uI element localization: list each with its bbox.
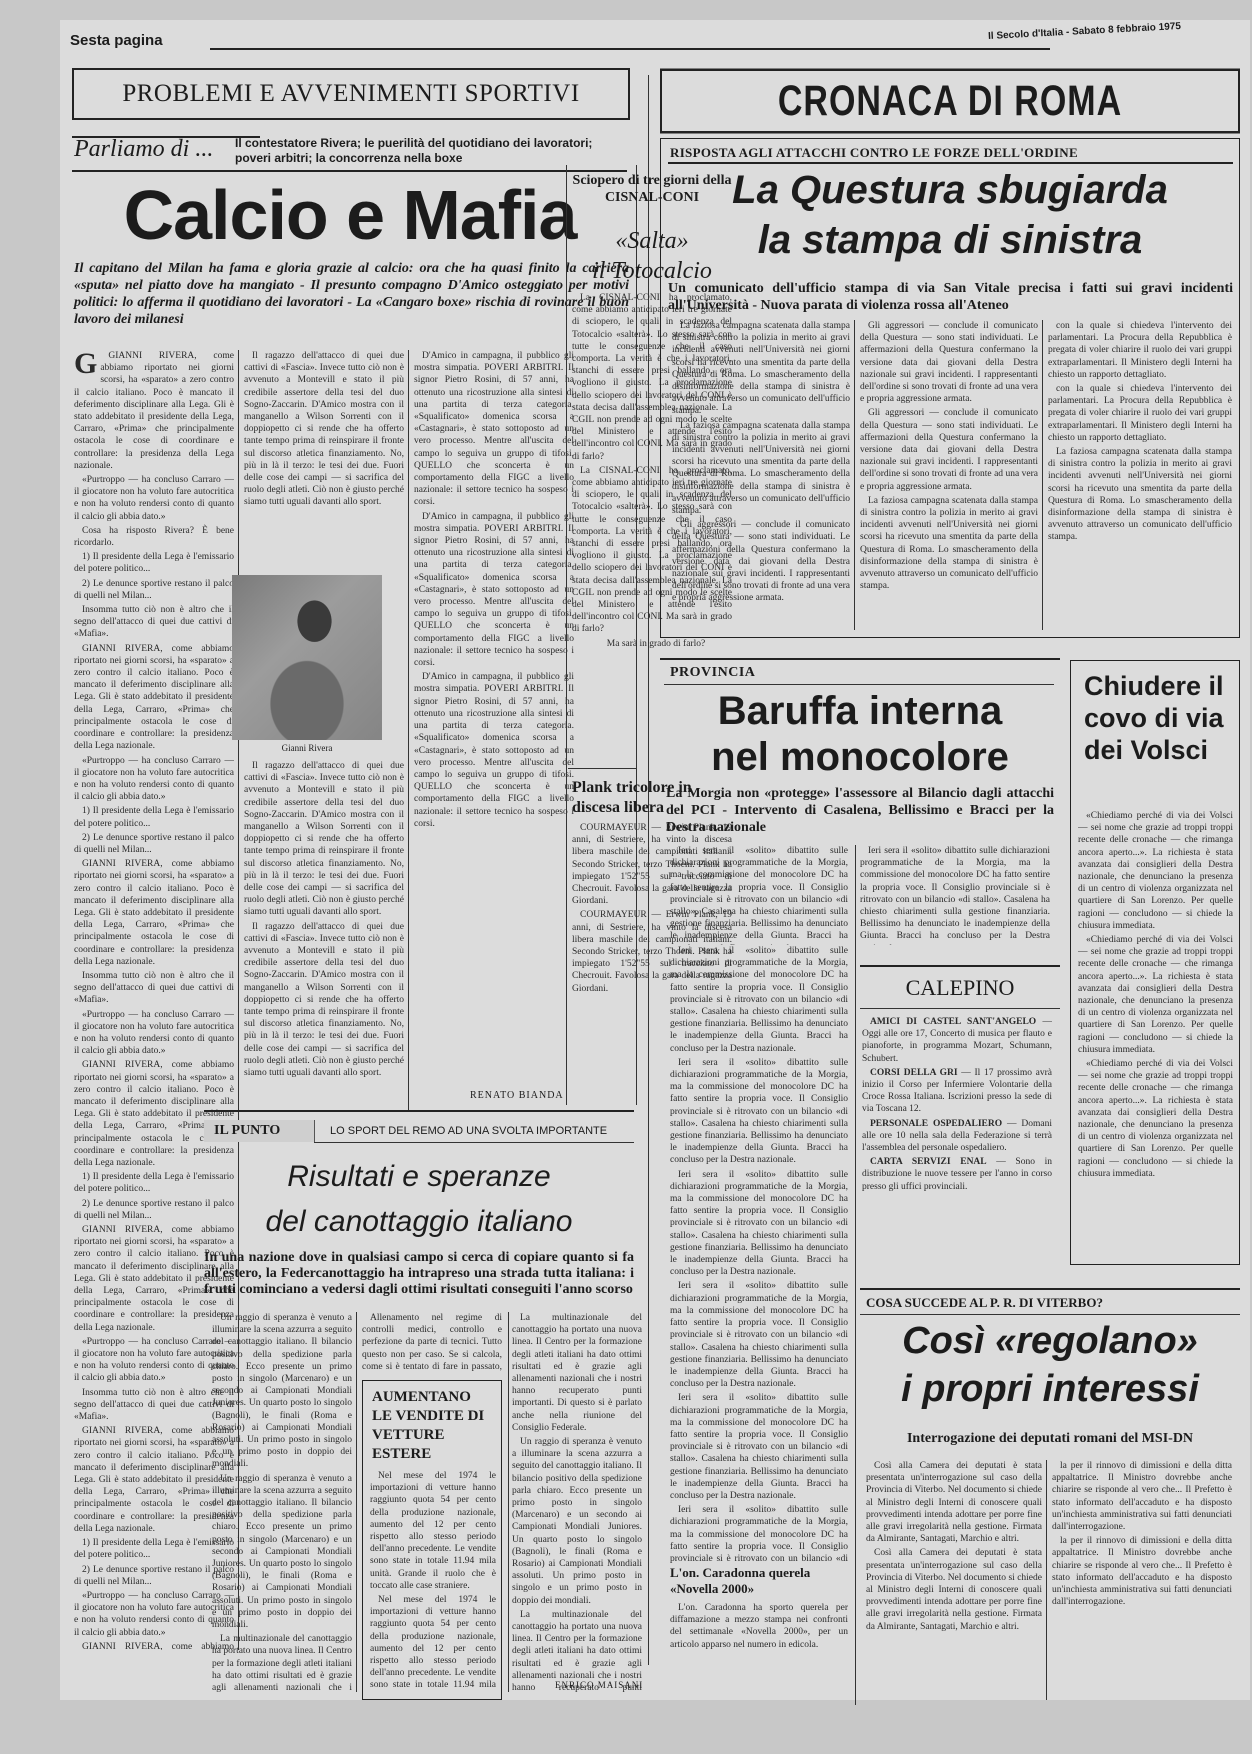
paragraph: 2) Le denunce sportive restano il palco … [74, 578, 234, 602]
viterbo-kicker: COSA SUCCEDE AL P. R. DI VITERBO? [866, 1294, 1103, 1312]
paragraph: «Purtroppo — ha concluso Carraro — il gi… [74, 1009, 234, 1058]
paragraph: Il ragazzo dell'attacco di quei due catt… [244, 350, 404, 509]
province-deck: La Morgia non «protegge» l'assessore al … [666, 785, 1054, 836]
rowing-col2: Allenamento nel regime di controlli medi… [362, 1312, 502, 1372]
rome-section-banner: CRONACA DI ROMA [660, 69, 1240, 134]
paragraph: Gli aggressori — conclude il comunicato … [860, 320, 1038, 405]
paragraph: 1) Il presidente della Lega è l'emissari… [74, 1537, 234, 1561]
column-rule [408, 350, 409, 1110]
rowing-col3: La multinazionale del canottaggio ha por… [512, 1312, 642, 1692]
paragraph: GIANNI RIVERA, come abbiamo riportato ne… [74, 858, 234, 968]
paragraph: Così alla Camera dei deputati è stata pr… [866, 1460, 1042, 1545]
province-lead-2: Ieri sera il «solito» dibattito sulle di… [860, 845, 1050, 945]
questura-kicker: RISPOSTA AGLI ATTACCHI CONTRO LE FORZE D… [670, 144, 1078, 162]
questura-col2: Gli aggressori — conclude il comunicato … [860, 320, 1038, 630]
paragraph: Ieri sera il «solito» dibattito sulle di… [670, 1057, 848, 1167]
paragraph: 1) Il presidente della Lega è l'emissari… [74, 805, 234, 829]
main-headline: Calcio e Mafia [100, 175, 600, 255]
paragraph: GIANNI RIVERA, come abbiamo riportato ne… [74, 350, 234, 472]
paragraph: La faziosa campagna scatenata dalla stam… [1048, 446, 1232, 544]
main-article-col1: G GIANNI RIVERA, come abbiamo riportato … [74, 350, 234, 1650]
calepino-item: PERSONALE OSPEDALIERO — Domani alle ore … [862, 1118, 1052, 1155]
rowing-deck: In una nazione dove in qualsiasi campo s… [204, 1250, 634, 1298]
paragraph: la per il rinnovo di dimissioni e della … [1052, 1460, 1232, 1533]
volsci-body: «Chiediamo perché di via dei Volsci — se… [1078, 810, 1233, 1250]
questura-col3: con la quale si chiedeva l'intervento de… [1048, 320, 1232, 630]
paragraph: Il ragazzo dell'attacco di quei due catt… [244, 921, 404, 1080]
paragraph: D'Amico in campagna, il pubblico gli mos… [414, 350, 574, 509]
viterbo-headline-1: Così «regolano» [860, 1320, 1240, 1363]
calepino-item-label: CORSI DELLA GRI [870, 1068, 958, 1078]
paragraph: Ieri sera il «solito» dibattito sulle di… [860, 845, 1050, 945]
paragraph: con la quale si chiedeva l'intervento de… [1048, 320, 1232, 381]
rivera-photo [232, 575, 382, 740]
viterbo-col1: Così alla Camera dei deputati è stata pr… [866, 1460, 1042, 1700]
rowing-kicker: LO SPORT DEL REMO AD UNA SVOLTA IMPORTAN… [330, 1124, 607, 1139]
paragraph: GIANNI RIVERA, come abbiamo riportato ne… [74, 1425, 234, 1535]
paragraph: La faziosa campagna scatenata dalla stam… [672, 320, 850, 418]
paragraph: Ieri sera il «solito» dibattito sulle di… [670, 845, 848, 945]
paragraph: Allenamento nel regime di controlli medi… [362, 1312, 502, 1372]
newspaper-page: Sesta pagina Il Secolo d'Italia - Sabato… [60, 20, 1250, 1700]
paragraph: «Purtroppo — ha concluso Carraro — il gi… [74, 474, 234, 523]
paragraph: GIANNI RIVERA, come abbiamo riportato ne… [74, 1059, 234, 1169]
car-sales-body: Nel mese del 1974 le importazioni di vet… [370, 1470, 496, 1690]
questura-deck: Un comunicato dell'ufficio stampa di via… [668, 280, 1233, 314]
paragraph: Ieri sera il «solito» dibattito sulle di… [670, 1504, 848, 1565]
paragraph: La multinazionale del canottaggio ha por… [212, 1633, 352, 1692]
car-sales-headline: AUMENTANO LE VENDITE DI VETTURE ESTERE [372, 1388, 492, 1464]
dropcap: G [74, 352, 97, 376]
article-signature: RENATO BIANDA [470, 1090, 564, 1101]
paragraph: Insomma tutto ciò non è altro che il seg… [74, 604, 234, 641]
paragraph: D'Amico in campagna, il pubblico gli mos… [414, 511, 574, 670]
rubric-title: Parliamo di ... [74, 136, 213, 163]
rowing-signature: ENRICO MAISANI [555, 1680, 643, 1690]
paragraph: Gli aggressori — conclude il comunicato … [860, 407, 1038, 492]
paragraph: 2) Le denunce sportive restano il palco … [74, 1564, 234, 1588]
paragraph: «Chiediamo perché di via dei Volsci — se… [1078, 1058, 1233, 1180]
paragraph: La faziosa campagna scatenata dalla stam… [672, 420, 850, 518]
paragraph: Nel mese del 1974 le importazioni di vet… [370, 1470, 496, 1592]
calepino-list: AMICI DI CASTEL SANT'ANGELO — Oggi alle … [862, 1016, 1052, 1266]
paragraph: Un raggio di speranza è venuto a illumin… [512, 1436, 642, 1607]
page-label: Sesta pagina [70, 32, 163, 49]
paragraph: Ma sarà in grado di farlo? [572, 638, 732, 650]
calepino-item: CORSI DELLA GRI — Il 17 prossimo avrà in… [862, 1067, 1052, 1116]
paragraph: 2) Le denunce sportive restano il palco … [74, 832, 234, 856]
paragraph: Così alla Camera dei deputati è stata pr… [866, 1547, 1042, 1632]
paragraph: Ieri sera il «solito» dibattito sulle di… [670, 1169, 848, 1279]
paragraph: Cosa ha risposto Rivera? È bene ricordar… [74, 525, 234, 549]
paragraph: Un raggio di speranza è venuto a illumin… [212, 1473, 352, 1632]
province-headline-1: Baruffa interna [660, 688, 1060, 734]
paragraph: La multinazionale del canottaggio ha por… [512, 1312, 642, 1434]
paragraph: «Purtroppo — ha concluso Carraro — il gi… [74, 755, 234, 804]
viterbo-col2: la per il rinnovo di dimissioni e della … [1052, 1460, 1232, 1700]
main-article-col3: D'Amico in campagna, il pubblico gli mos… [414, 350, 574, 1085]
paragraph: Ieri sera il «solito» dibattito sulle di… [670, 1280, 848, 1390]
sports-section-banner: PROBLEMI E AVVENIMENTI SPORTIVI [72, 68, 630, 120]
rubric-summary: Il contestatore Rivera; le puerilità del… [235, 136, 625, 166]
paragraph: GIANNI RIVERA, come abbiamo riportato ne… [74, 1641, 234, 1650]
main-subhead: Il capitano del Milan ha fama e gloria g… [74, 260, 629, 328]
photo-caption: Gianni Rivera [232, 743, 382, 753]
rome-banner-text: CRONACA DI ROMA [778, 77, 1122, 126]
calepino-item-label: PERSONALE OSPEDALIERO [870, 1119, 1002, 1129]
box-rule-left [566, 165, 567, 1105]
calepino-item-label: AMICI DI CASTEL SANT'ANGELO [870, 1017, 1036, 1027]
rowing-headline-2: del canottaggio italiano [204, 1205, 634, 1239]
paragraph: Ieri sera il «solito» dibattito sulle di… [670, 1392, 848, 1502]
calepino-item-text: Oggi alle ore 17, Concerto di musica per… [862, 1029, 1052, 1063]
paragraph: «Chiediamo perché di via dei Volsci — se… [1078, 934, 1233, 1056]
viterbo-deck: Interrogazione dei deputati romani del M… [860, 1430, 1240, 1448]
paragraph: Un raggio di speranza è venuto a illumin… [212, 1312, 352, 1471]
rowing-headline-1: Risultati e speranze [204, 1160, 634, 1194]
paragraph: GIANNI RIVERA, come abbiamo riportato ne… [74, 643, 234, 753]
paragraph: 1) Il presidente della Lega è l'emissari… [74, 551, 234, 575]
paragraph: L'on. Caradonna ha sporto querela per di… [670, 1602, 848, 1651]
paragraph: «Purtroppo — ha concluso Carraro — il gi… [74, 1336, 234, 1385]
caradonna-body: L'on. Caradonna ha sporto querela per di… [670, 1602, 848, 1692]
paragraph: con la quale si chiedeva l'intervento de… [1048, 383, 1232, 444]
calepino-item-label: CARTA SERVIZI ENAL [870, 1157, 987, 1167]
questura-col1: La faziosa campagna scatenata dalla stam… [672, 320, 850, 630]
main-article-col2-bottom: Il ragazzo dell'attacco di quei due catt… [244, 760, 404, 1090]
paper-info: Il Secolo d'Italia - Sabato 8 febbraio 1… [988, 21, 1181, 42]
rowing-section-tag: IL PUNTO [214, 1122, 280, 1140]
paragraph: «Purtroppo — ha concluso Carraro — il gi… [74, 1590, 234, 1639]
calepino-item: AMICI DI CASTEL SANT'ANGELO — Oggi alle … [862, 1016, 1052, 1065]
volsci-headline: Chiudere il covo di via dei Volsci [1084, 670, 1234, 766]
masthead-rule [210, 48, 1050, 50]
rubric-rule-bottom [72, 170, 627, 172]
paragraph: La faziosa campagna scatenata dalla stam… [860, 495, 1038, 593]
caradonna-headline: L'on. Caradonna querela «Novella 2000» [670, 1565, 850, 1597]
rowing-col1: Un raggio di speranza è venuto a illumin… [212, 1312, 352, 1692]
province-lead: Ieri sera il «solito» dibattito sulle di… [670, 845, 848, 945]
paragraph: Insomma tutto ciò non è altro che il seg… [74, 970, 234, 1007]
paragraph: Il ragazzo dell'attacco di quei due catt… [244, 760, 404, 919]
viterbo-headline-2: i propri interessi [860, 1368, 1240, 1411]
calepino-item: CARTA SERVIZI ENAL — Sono in distribuzio… [862, 1156, 1052, 1193]
questura-headline-2: la stampa di sinistra [660, 218, 1240, 263]
main-article-col2-top: Il ragazzo dell'attacco di quei due catt… [244, 350, 404, 550]
paragraph: la per il rinnovo di dimissioni e della … [1052, 1535, 1232, 1608]
questura-headline-1: La Questura sbugiarda [660, 168, 1240, 213]
calepino-title: CALEPINO [860, 975, 1060, 1001]
paragraph: Insomma tutto ciò non è altro che il seg… [74, 1387, 234, 1424]
province-headline-2: nel monocolore [660, 734, 1060, 780]
paragraph: Nel mese del 1974 le importazioni di vet… [370, 1594, 496, 1690]
paragraph: Ieri sera il «solito» dibattito sulle di… [670, 945, 848, 1055]
paragraph: Gli aggressori — conclude il comunicato … [672, 519, 850, 604]
province-col1: Ieri sera il «solito» dibattito sulle di… [670, 945, 848, 1565]
paragraph: «Chiediamo perché di via dei Volsci — se… [1078, 810, 1233, 932]
paragraph: D'Amico in campagna, il pubblico gli mos… [414, 671, 574, 830]
province-section-tag: PROVINCIA [670, 664, 755, 682]
